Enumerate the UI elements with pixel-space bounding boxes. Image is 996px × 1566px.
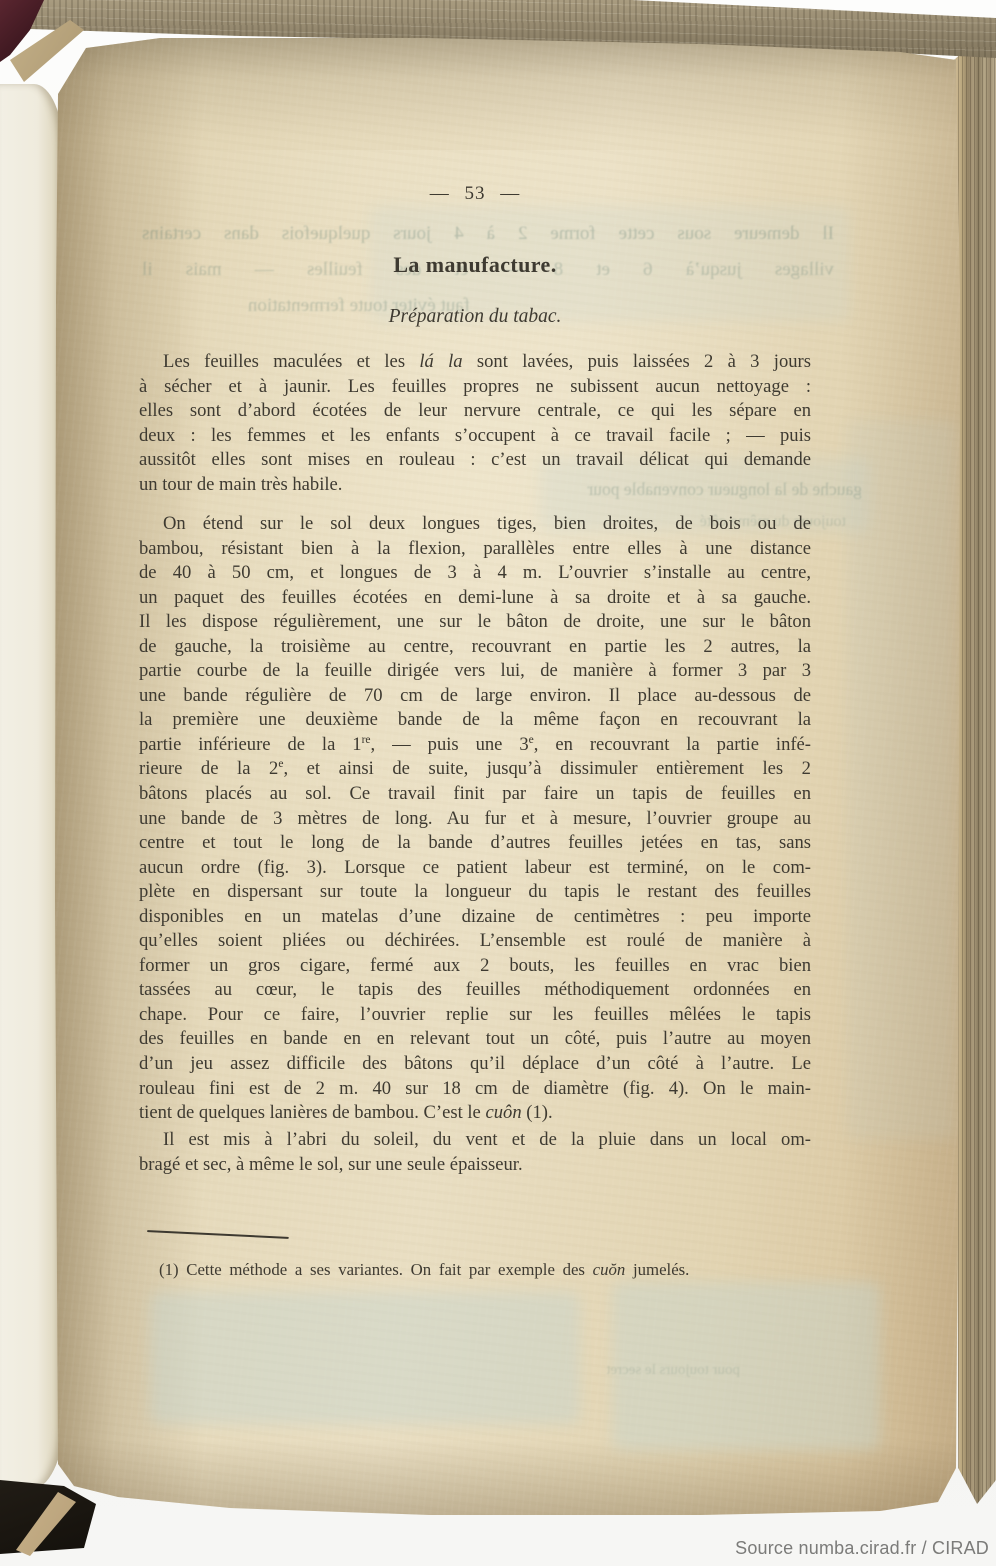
text-line: disponibles en un matelas d’une dizaine …	[139, 905, 811, 930]
facing-page-edge	[0, 84, 64, 1490]
text-line: deux : les femmes et les enfants s’occup…	[139, 424, 811, 449]
text-line: plète en dispersant sur toute la longueu…	[139, 880, 811, 905]
book-fore-edge-pages	[954, 16, 996, 1536]
paragraph-3: Il est mis à l’abri du soleil, du vent e…	[139, 1128, 811, 1177]
text-line: Les feuilles maculées et les lá la sont …	[139, 350, 811, 375]
text-line: Il est mis à l’abri du soleil, du vent e…	[139, 1128, 811, 1153]
text-line: aussitôt elles sont mises en rouleau : c…	[139, 448, 811, 473]
text-line: une bande de 3 mètres de long. Au fur et…	[139, 807, 811, 832]
text-line: qu’elles soient pliées ou déchirées. L’e…	[139, 929, 811, 954]
scanned-book-photo: Il demeure sous cette forme 2 à 4 jours …	[0, 0, 996, 1566]
text-line: chape. Pour ce faire, l’ouvrier replie s…	[139, 1003, 811, 1028]
text-line: partie inférieure de la 1re, — puis une …	[139, 733, 811, 758]
text-line: d’un jeu assez difficile des bâtons qu’i…	[139, 1052, 811, 1077]
text-line: rieure de la 2e, et ainsi de suite, jusq…	[139, 757, 811, 782]
text-line: partie courbe de la feuille dirigée vers…	[139, 659, 811, 684]
page-paper: Il demeure sous cette forme 2 à 4 jours …	[0, 0, 996, 1566]
text-line: centre et tout le long de la bande d’aut…	[139, 831, 811, 856]
text-line: une bande régulière de 70 cm de large en…	[139, 684, 811, 709]
text-line: On étend sur le sol deux longues tiges, …	[139, 512, 811, 537]
text-line: tassées au cœur, le tapis des feuilles m…	[139, 978, 811, 1003]
text-line: elles sont d’abord écotées de leur nervu…	[139, 399, 811, 424]
text-line: bâtons placés au sol. Ce travail finit p…	[139, 782, 811, 807]
text-line: des feuilles en bande en en relevant tou…	[139, 1027, 811, 1052]
text-line: tient de quelques lanières de bambou. C’…	[139, 1101, 811, 1126]
text-line: bambou, résistant bien à la flexion, par…	[139, 537, 811, 562]
text-line: à sécher et à jaunir. Les feuilles propr…	[139, 375, 811, 400]
text-line: (1) Cette méthode a ses variantes. On fa…	[139, 1258, 819, 1281]
text-line: de gauche, la troisième au centre, recou…	[139, 635, 811, 660]
watermark-credit: Source numba.cirad.fr / CIRAD	[735, 1538, 989, 1559]
text-line: la première une deuxième bande de la mêm…	[139, 708, 811, 733]
text-line: un paquet des feuilles écotées en demi-l…	[139, 586, 811, 611]
text-line: de 40 à 50 cm, et longues de 3 à 4 m. L’…	[139, 561, 811, 586]
subsection-title: Préparation du tabac.	[139, 306, 811, 328]
text-line: un tour de main très habile.	[139, 473, 811, 498]
page-content: — 53 — La manufacture. Préparation du ta…	[0, 0, 996, 1566]
paragraph-1: Les feuilles maculées et les lá la sont …	[139, 350, 811, 497]
text-line: rouleau fini est de 2 m. 40 sur 18 cm de…	[139, 1077, 811, 1102]
text-line: aucun ordre (fig. 3). Lorsque ce patient…	[139, 856, 811, 881]
text-line: Il les dispose régulièrement, une sur le…	[139, 610, 811, 635]
footnote-rule	[147, 1230, 289, 1239]
section-title: La manufacture.	[139, 252, 811, 278]
page-number: — 53 —	[139, 183, 811, 205]
paragraph-2: On étend sur le sol deux longues tiges, …	[139, 512, 811, 1126]
footnote: (1) Cette méthode a ses variantes. On fa…	[139, 1258, 819, 1281]
text-line: former un gros cigare, fermé aux 2 bouts…	[139, 954, 811, 979]
text-line: bragé et sec, à même le sol, sur une seu…	[139, 1153, 811, 1178]
